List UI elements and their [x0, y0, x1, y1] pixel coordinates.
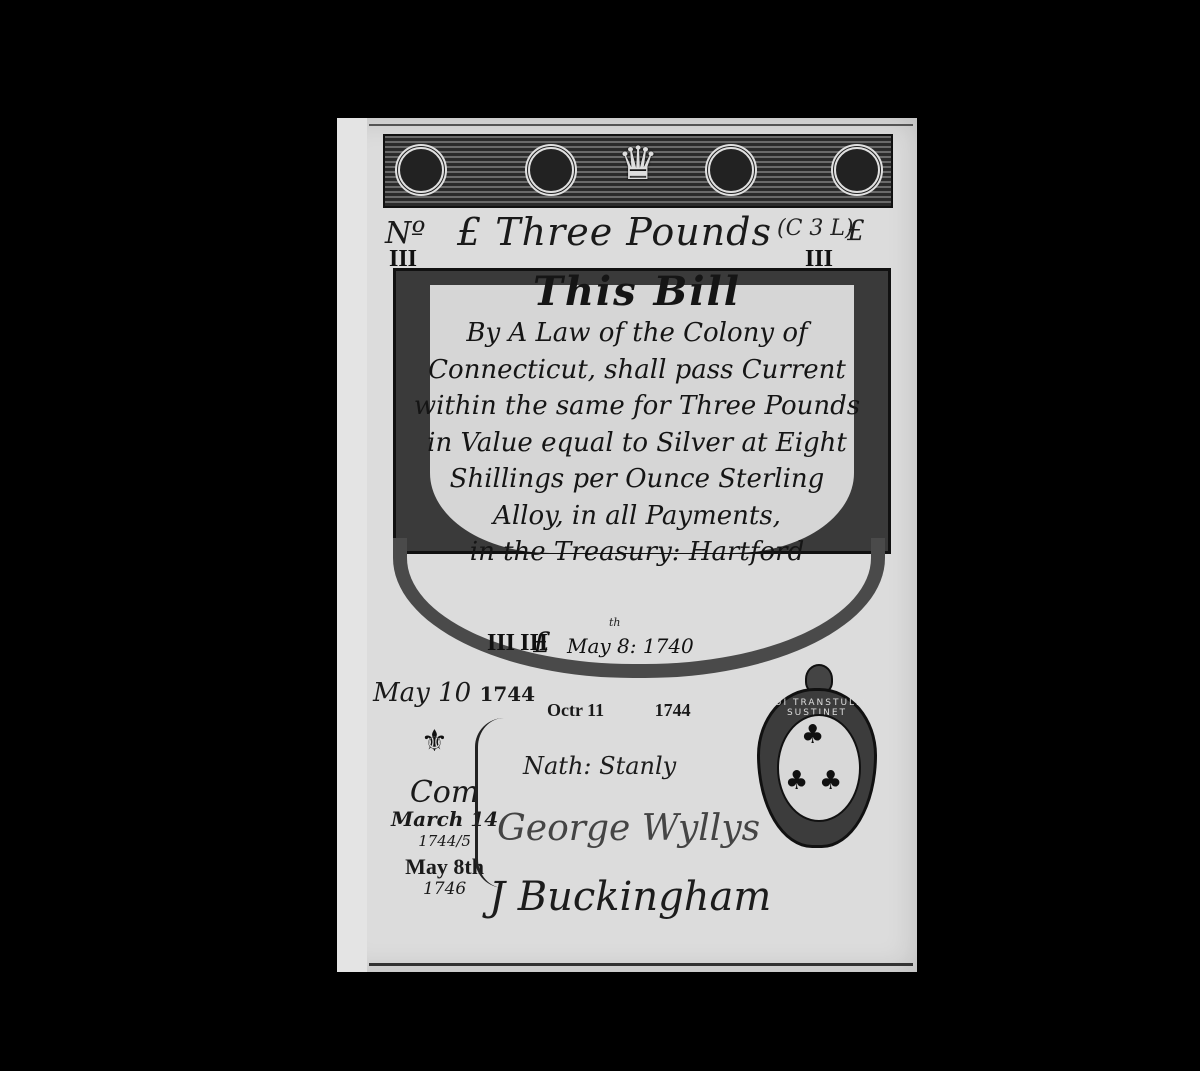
pound-sign: £: [533, 626, 551, 659]
scroll-ornament-icon: [831, 144, 883, 196]
endorsement-oct-1744: Octr 11 1744: [547, 700, 691, 721]
body-line: By A Law of the Colony of: [397, 315, 877, 352]
bill-headline: This Bill: [397, 268, 877, 315]
scroll-ornament-icon: [525, 144, 577, 196]
bill-body: This Bill By A Law of the Colony of Conn…: [397, 268, 877, 571]
body-line: in Value equal to Silver at Eight: [397, 425, 877, 462]
body-line: in the Treasury: Hartford: [397, 534, 877, 571]
body-line: Shillings per Ounce Sterling: [397, 461, 877, 498]
endorsement-may-1744: May 10 1744: [373, 678, 535, 708]
grapevine-icon: ♣: [785, 768, 808, 794]
grapevine-icon: ♣: [801, 722, 824, 748]
signature-wyllys: George Wyllys: [497, 808, 760, 849]
issue-date-ordinal: th: [609, 616, 621, 629]
grapevine-icon: ♣: [819, 768, 842, 794]
colony-seal: QUI TRANSTULIT SUSTINET ♣ ♣ ♣: [757, 688, 877, 848]
pound-sign: £: [847, 214, 865, 247]
issue-row: III £ May 8: 1740 th III: [487, 630, 847, 660]
denomination-title: £ Three Pounds: [457, 210, 772, 254]
fleur-de-lis-icon: ⚜: [421, 724, 448, 759]
brace-flourish: [475, 718, 504, 888]
issue-date: May 8: 1740: [567, 634, 694, 658]
body-line: Alloy, in all Payments,: [397, 498, 877, 535]
body-line: within the same for Three Pounds: [397, 388, 877, 425]
roman-numeral-bottom-left: III: [487, 630, 515, 657]
crown-icon: ♛: [617, 140, 658, 186]
scroll-ornament-icon: [705, 144, 757, 196]
signature-buckingham: J Buckingham: [489, 874, 771, 920]
serial-mark: (C 3 L): [777, 216, 854, 241]
banknote-document: ♛ Nº £ Three Pounds (C 3 L) £ III III Th…: [337, 118, 917, 972]
paper-margin: [337, 118, 367, 972]
engraved-top-border: ♛: [383, 134, 893, 208]
signature-stanly: Nath: Stanly: [523, 752, 676, 780]
body-line: Connecticut, shall pass Current: [397, 352, 877, 389]
scroll-ornament-icon: [395, 144, 447, 196]
